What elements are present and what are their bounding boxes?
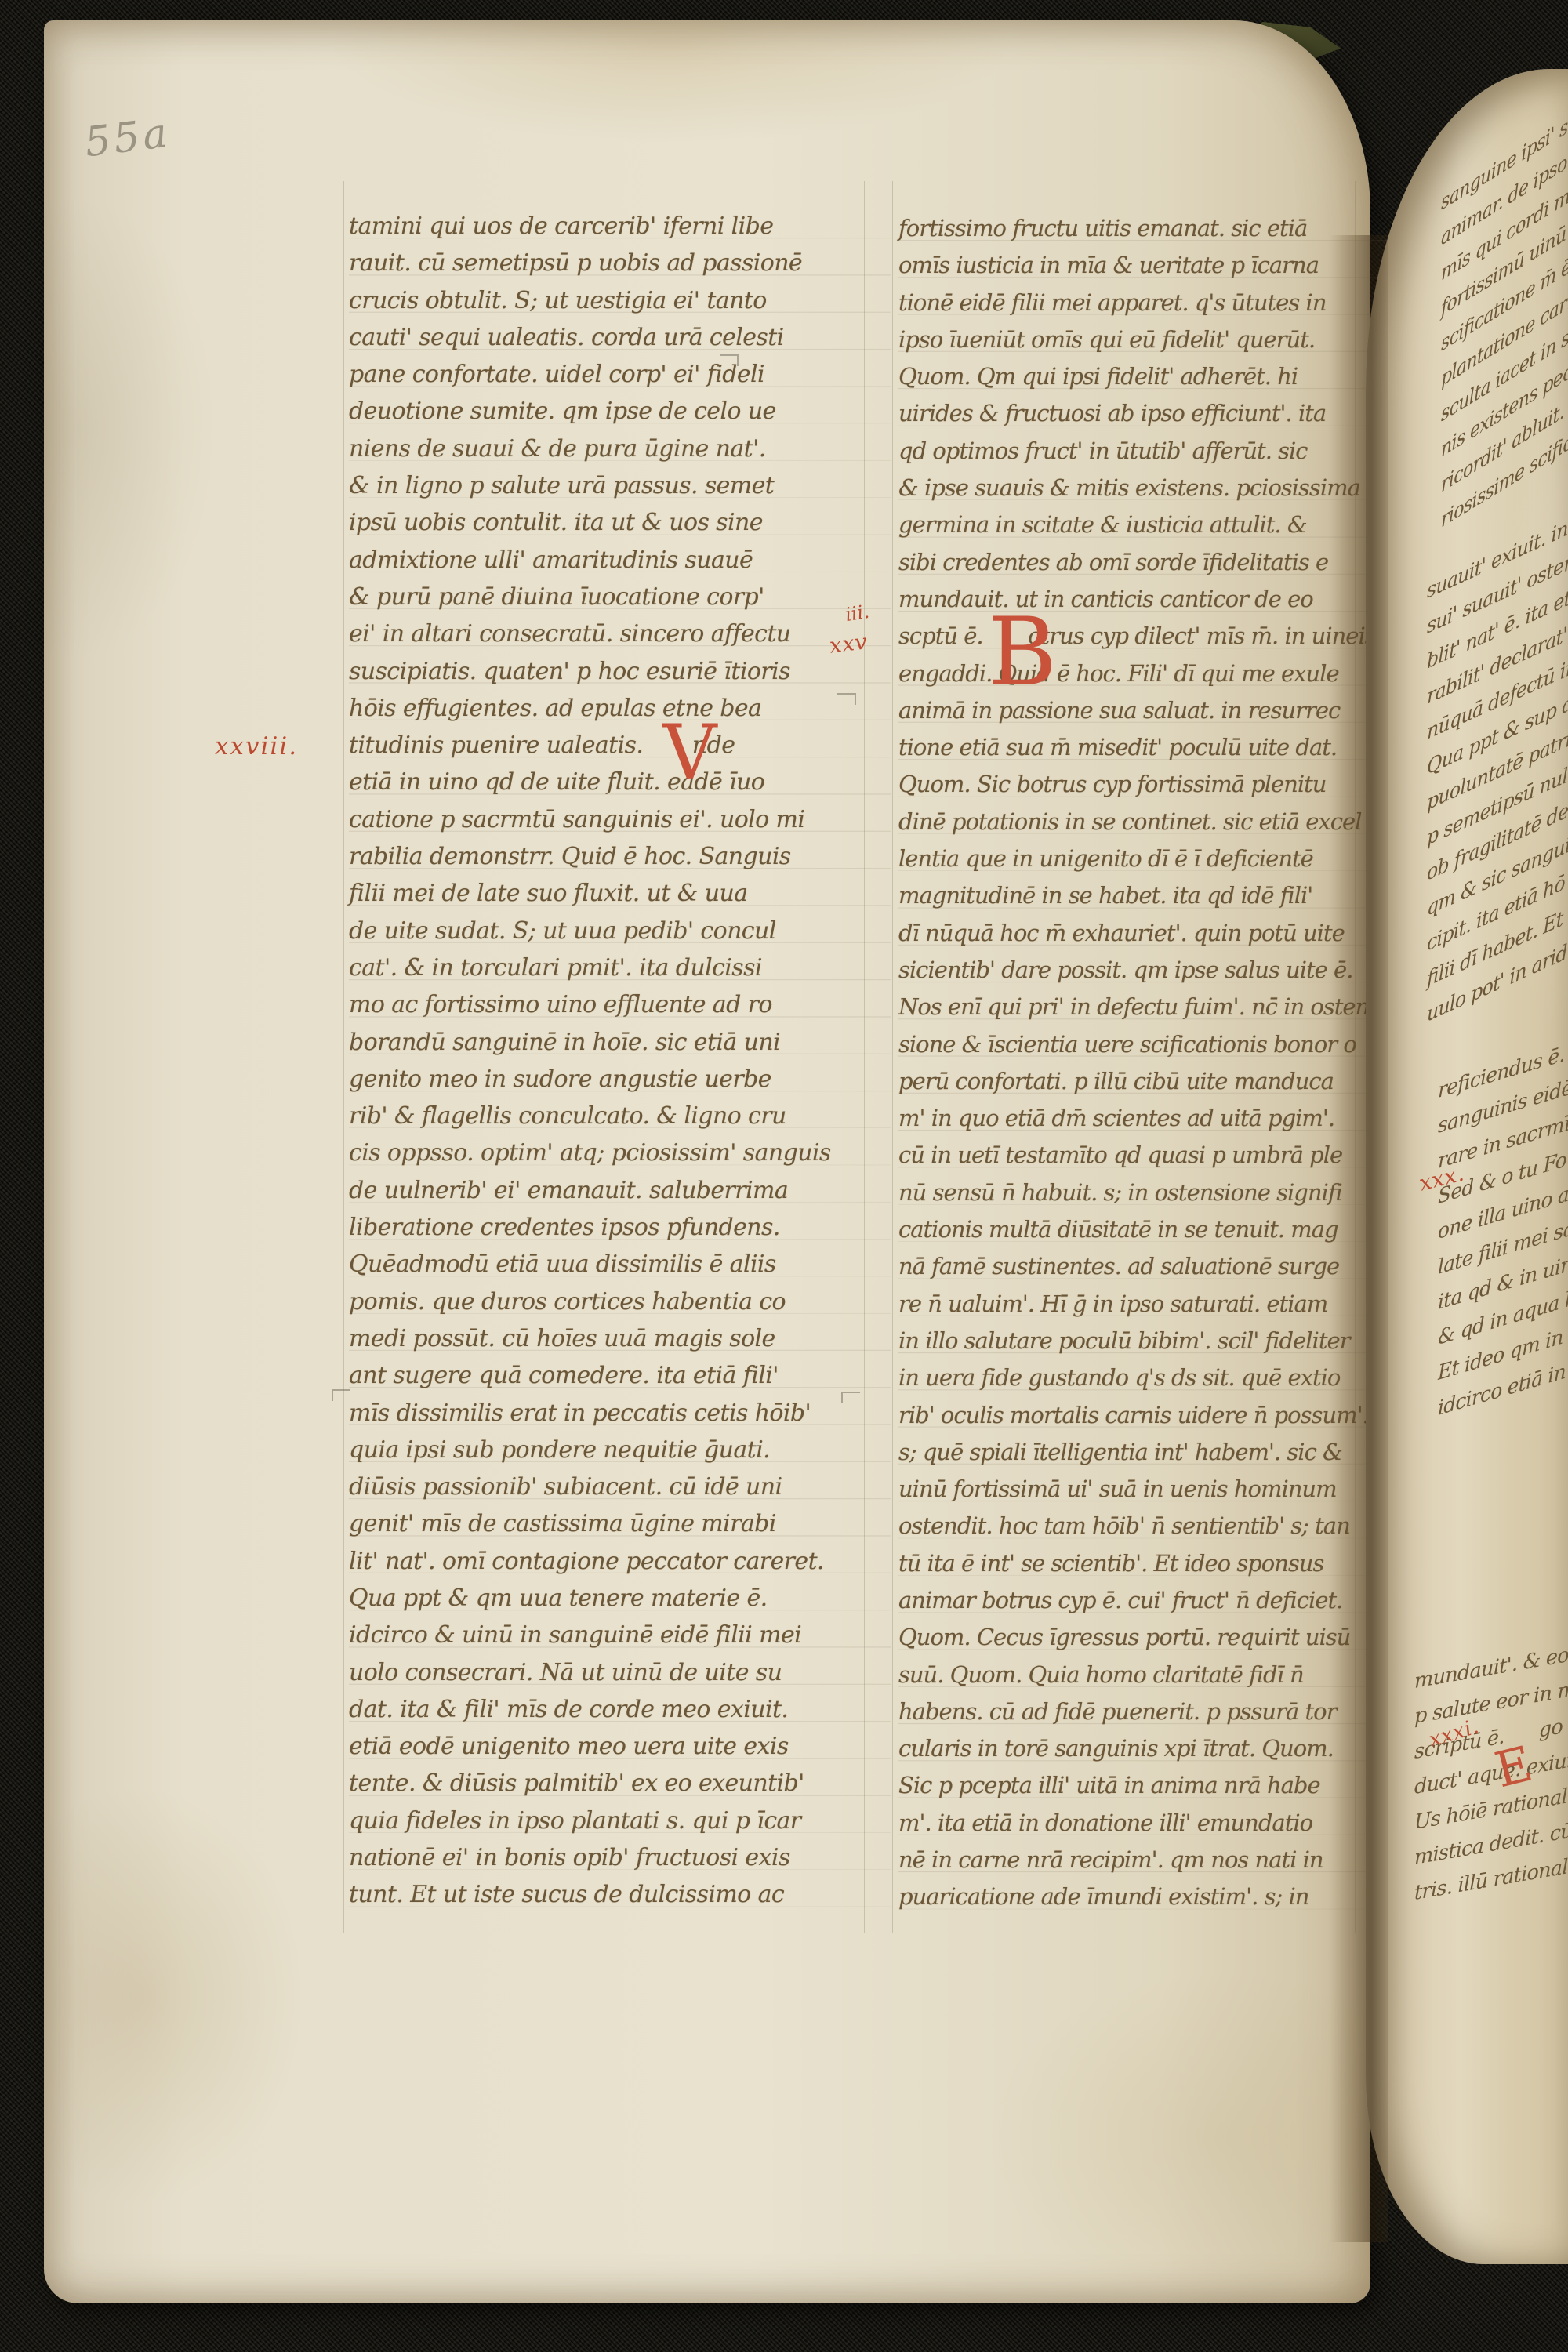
text-line: nā famē sustinentes. ad saluationē surge [898,1248,1400,1285]
text-line: suū. Quom. Quia homo claritatē fidī n̄ [898,1657,1400,1693]
text-line: niens de suaui & de pura ūgine nat'. [349,430,891,467]
facing-page-edge: sanguine ipsi' scificatanimar. de ipso i… [1366,69,1568,2264]
chapter-number-lower: xxv [828,630,869,659]
text-line: mundauit. ut in canticis canticor de eo [898,581,1400,618]
text-line: de uite sudat. S; ut uua pedib' concul [349,913,891,949]
text-line: quia ipsi sub pondere nequitie ḡuati. [349,1432,891,1468]
text-line: Quom. Sic botrus cyp fortissimā plenitu [898,766,1400,803]
text-line: ipsū uobis contulit. ita ut & uos sine [349,504,891,541]
text-line: suscipiatis. quaten' p hoc esuriē ītiori… [349,653,891,690]
text-line: tione etiā sua m̄ misedit' poculū uite d… [898,729,1400,766]
text-column-right: fortissimo fructu uitis emanat. sic etiā… [898,210,1400,1916]
text-line: liberatione credentes ipsos pfundens. [349,1209,891,1246]
text-column-left: tamini qui uos de carcerib' iferni liber… [349,208,891,1914]
text-line: & ipse suauis & mitis existens. pciosiss… [898,470,1400,506]
text-line: Nos enī qui pri' in defectu fuim'. nc̄ i… [898,989,1400,1025]
pencil-corner-mark [720,354,739,366]
text-line: sione & īscientia uere scificationis bon… [898,1026,1400,1063]
text-line: lentia que in unigenito dī ē ī deficient… [898,840,1400,877]
text-line: qd optimos fruct' in ūtutib' afferūt. si… [898,433,1400,470]
text-line: s; quē spiali ītelligentia int' habem'. … [898,1434,1400,1471]
text-line: scptū ē. otrus cyp dilect' mīs m̄. in ui… [898,618,1400,655]
text-line: pomis. que duros cortices habentia co [349,1283,891,1320]
text-line: rib' & flagellis conculcato. & ligno cru [349,1098,891,1134]
text-line: in illo salutare poculū bibim'. scil' fi… [898,1323,1400,1359]
text-line: Quom. Qm qui ipsi fidelit' adherēt. hi [898,358,1400,395]
text-line: catione p sacrmtū sanguinis ei'. uolo mi [349,801,891,838]
text-line: crucis obtulit. S; ut uestigia ei' tanto [349,282,891,319]
edge-text-group-bottom: mundauit'. & eos adp salute eor in munis… [1414,1631,1568,1911]
text-line: rabilia demonstrr. Quid ē hoc. Sanguis [349,838,891,875]
pencil-corner-mark [841,1392,860,1403]
rubric-initial-v: V [662,715,717,790]
text-line: ipso īueniūt omīs qui eū fidelit' querūt… [898,321,1400,358]
text-line: engaddi. Quid ē hoc. Fili' dī qui me exu… [898,655,1400,692]
text-line: idcirco & uinū in sanguinē eidē filii me… [349,1617,891,1653]
text-line: cat'. & in torculari pmit'. ita dulcissi [349,949,891,986]
text-line: fortissimo fructu uitis emanat. sic etiā [898,210,1400,247]
text-line: hōis effugientes. ad epulas etne bea [349,690,891,727]
text-line: Sic p pcepta illi' uitā in anima nrā hab… [898,1767,1400,1804]
text-line: & in ligno p salute urā passus. semet [349,467,891,504]
text-line: uinū fortissimā ui' suā in uenis hominum [898,1471,1400,1508]
manuscript-page: 55a tamini qui uos de carcerib' iferni l… [44,20,1370,2303]
text-line: genit' mīs de castissima ūgine mirabi [349,1505,891,1542]
text-line: titudinis puenire ualeatis. nde [349,727,891,764]
text-line: genito meo in sudore angustie uerbe [349,1061,891,1098]
text-line: uolo consecrari. Nā ut uinū de uite su [349,1654,891,1691]
ruling-line-right-inner [892,181,893,1933]
text-line: sicientib' dare possit. qm ipse salus ui… [898,952,1400,989]
text-line: cularis in torē sanguinis xpi ītrat. Quo… [898,1730,1400,1767]
text-line: dī nūquā hoc m̄ exhauriet'. quin potū ui… [898,915,1400,952]
manuscript-photo: 55a tamini qui uos de carcerib' iferni l… [0,0,1568,2352]
ruling-line-left-outer [343,181,344,1933]
text-line: lit' nat'. omī contagione peccator carer… [349,1543,891,1580]
text-line: nē in carne nrā recipim'. qm nos nati in [898,1842,1400,1878]
text-line: uirides & fructuosi ab ipso efficiunt'. … [898,395,1400,432]
edge-text-group-top: sanguine ipsi' scificatanimar. de ipso i… [1441,71,1568,539]
text-line: medi possūt. cū hoīes uuā magis sole [349,1320,891,1357]
text-line: pane confortate. uidel corp' ei' fideli [349,356,891,393]
chapter-number-upper: iii. [844,601,871,626]
text-line: habens. cū ad fidē puenerit. p pssurā to… [898,1693,1400,1730]
text-line: magnitudinē in se habet. ita qd idē fili… [898,877,1400,914]
text-line: puaricatione ade īmundi existim'. s; in [898,1878,1400,1915]
text-line: & purū panē diuina īuocatione corp' [349,579,891,615]
text-line: dat. ita & fili' mīs de corde meo exiuit… [349,1691,891,1728]
text-line: quia fideles in ipso plantati s. qui p ī… [349,1802,891,1839]
folio-number: 55a [82,110,173,167]
text-line: filii mei de late suo fluxit. ut & uua [349,875,891,912]
text-line: borandū sanguinē in hoīe. sic etiā uni [349,1024,891,1061]
pencil-corner-mark [837,693,856,705]
text-line: m'. ita etiā in donatione illi' emundati… [898,1805,1400,1842]
text-line: tū ita ē int' se scientib'. Et ideo spon… [898,1545,1400,1582]
text-line: cū in uetī testamīto qd quasi p umbrā pl… [898,1137,1400,1174]
text-line: in uera fide gustando q's ds sit. quē ex… [898,1359,1400,1396]
rubric-initial-b: B [988,607,1057,699]
edge-text-group-lower-mid: reficiendus ē. sic etiā usanguinis eidē … [1438,1009,1568,1427]
text-line: etiā in uino qd de uite fluit. eadē īuo [349,764,891,800]
chapter-number-xxviii: xxviii. [215,732,298,760]
text-line: perū confortati. p illū cibū uite manduc… [898,1063,1400,1100]
text-line: sibi credentes ab omī sorde īfidelitatis… [898,544,1400,581]
text-line: tionē eidē filii mei apparet. q's ūtutes… [898,285,1400,321]
text-line: tente. & diūsis palmitib' ex eo exeuntib… [349,1765,891,1802]
text-line: ostendit. hoc tam hōib' n̄ sentientib' s… [898,1508,1400,1544]
text-line: mo ac fortissimo uino effluente ad ro [349,986,891,1023]
text-line: tamini qui uos de carcerib' iferni libe [349,208,891,245]
text-line: diūsis passionib' subiacent. cū idē uni [349,1468,891,1505]
text-line: rib' oculis mortalis carnis uidere n̄ po… [898,1397,1400,1434]
edge-text-group-upper-mid: suauit' exiuit. in consui' suauit' osten… [1427,488,1568,1033]
text-line: tunt. Et ut iste sucus de dulcissimo ac [349,1876,891,1913]
text-line: Quēadmodū etiā uua dissimilis ē aliis [349,1246,891,1283]
text-line: Qua ppt & qm uua tenere materie ē. [349,1580,891,1617]
text-line: rauit. cū semetipsū p uobis ad passionē [349,245,891,281]
text-line: germina in scitate & iusticia attulit. & [898,506,1400,543]
pencil-corner-mark [332,1389,350,1401]
text-line: Quom. Cecus īgressus portū. requirit uis… [898,1619,1400,1656]
text-line: de uulnerib' ei' emanauit. saluberrima [349,1172,891,1209]
text-line: cauti' sequi ualeatis. corda urā celesti [349,319,891,356]
text-line: cis oppsso. optim' atq; pciosissim' sang… [349,1134,891,1171]
text-line: dinē potationis in se continet. sic etiā… [898,804,1400,840]
text-line: omīs iusticia in mīa & ueritate p īcarna [898,247,1400,284]
text-line: m' in quo etiā dm̄ scientes ad uitā pgim… [898,1100,1400,1137]
text-line: animar botrus cyp ē. cui' fruct' n̄ defi… [898,1582,1400,1619]
text-line: re n̄ ualuim'. Hī ḡ in ipso saturati. et… [898,1286,1400,1323]
text-line: etiā eodē unigenito meo uera uite exis [349,1728,891,1765]
text-line: ant sugere quā comedere. ita etiā fili' [349,1357,891,1394]
text-line: ei' in altari consecratū. sincero affect… [349,615,891,652]
text-line: animā in passione sua saluat. in resurre… [898,692,1400,729]
text-line: deuotione sumite. qm ipse de celo ue [349,393,891,430]
text-line: cationis multā diūsitatē in se tenuit. m… [898,1211,1400,1248]
text-line: nū sensū n̄ habuit. s; in ostensione sig… [898,1174,1400,1211]
text-line: mīs dissimilis erat in peccatis cetis hō… [349,1395,891,1432]
text-line: admixtione ulli' amaritudinis suauē [349,542,891,579]
text-line: nationē ei' in bonis opib' fructuosi exi… [349,1839,891,1876]
